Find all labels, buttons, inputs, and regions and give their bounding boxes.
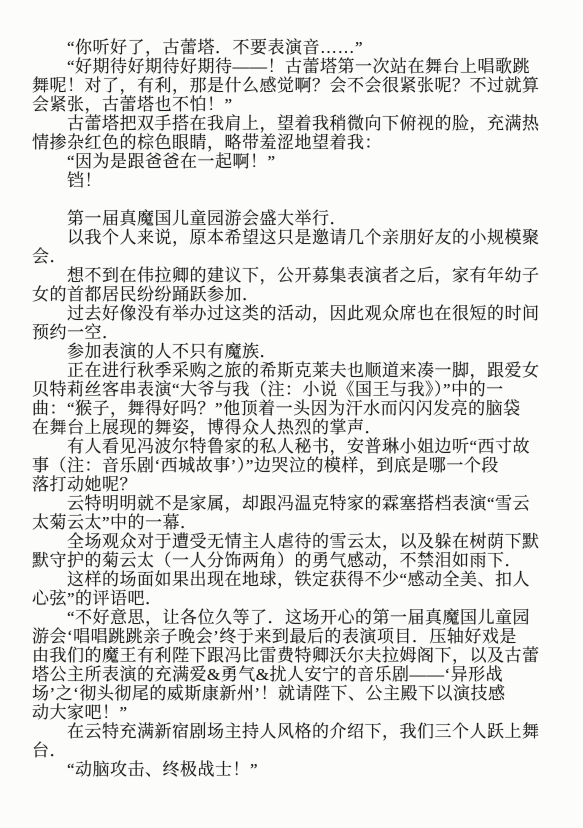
text-line: 有人看见冯波尔特鲁家的私人秘书，安普琳小姐边听“西寸故	[32, 437, 568, 456]
text-line: 台．	[32, 741, 568, 760]
text-line: 舞呢！对了，有利，那是什么感觉啊？会不会很紧张呢？不过就算	[32, 76, 568, 95]
text-line: 会．	[32, 247, 568, 266]
text-line: 古蕾塔把双手搭在我肩上，望着我稍微向下俯视的脸，充满热	[32, 114, 568, 133]
text-line: 以我个人来说，原本希望这只是邀请几个亲朋好友的小规模聚	[32, 228, 568, 247]
text-line: 动大家吧！”	[32, 703, 568, 722]
blank-line	[32, 190, 568, 209]
text-line: 心弦”的评语吧．	[32, 589, 568, 608]
text-line: 曲：“猴子，舞得好吗？”他顶着一头因为汗水而闪闪发亮的脑袋	[32, 399, 568, 418]
text-line: 塔公主所表演的充满爱&勇气&扰人安宁的音乐剧——‘异形战	[32, 665, 568, 684]
text-line: 想不到在伟拉卿的建议下，公开募集表演者之后，家有年幼子	[32, 266, 568, 285]
text-line: 在舞台上展现的舞姿，博得众人热烈的掌声．	[32, 418, 568, 437]
text-line: 参加表演的人不只有魔族．	[32, 342, 568, 361]
text-line: “好期待好期待好期待——！古蕾塔第一次站在舞台上唱歌跳	[32, 57, 568, 76]
text-line: 情掺杂红色的棕色眼睛，略带羞涩地望着我：	[32, 133, 568, 152]
text-line: 由我们的魔王有利陛下跟冯比雷费特卿沃尔夫拉姆阁下，以及古蕾	[32, 646, 568, 665]
text-line: “你听好了，古蕾塔．不要表演音……”	[32, 38, 568, 57]
text-line: 贝特莉丝客串表演“大爷与我（注：小说《国王与我》）”中的一	[32, 380, 568, 399]
scanned-page: “你听好了，古蕾塔．不要表演音……”“好期待好期待好期待——！古蕾塔第一次站在舞…	[0, 0, 583, 828]
text-line: “不好意思，让各位久等了．这场开心的第一届真魔国儿童园	[32, 608, 568, 627]
text-line: 正在进行秋季采购之旅的希斯克莱夫也顺道来凑一脚，跟爱女	[32, 361, 568, 380]
text-line: “因为是跟爸爸在一起啊！”	[32, 152, 568, 171]
text-line: 全场观众对于遭受无情主人虐待的雪云太，以及躲在树荫下默	[32, 532, 568, 551]
text-line: 游会‘唱唱跳跳亲子晚会’终于来到最后的表演项目．压轴好戏是	[32, 627, 568, 646]
text-line: 事（注：音乐剧‘西城故事’）”边哭泣的模样，到底是哪一个段	[32, 456, 568, 475]
text-line: 这样的场面如果出现在地球，铁定获得不少“感动全美、扣人	[32, 570, 568, 589]
text-body: “你听好了，古蕾塔．不要表演音……”“好期待好期待好期待——！古蕾塔第一次站在舞…	[32, 38, 568, 779]
text-line: 默守护的菊云太（一人分饰两角）的勇气感动，不禁泪如雨下．	[32, 551, 568, 570]
text-line: 云特明明就不是家属，却跟冯温克特家的霖塞搭档表演“雪云	[32, 494, 568, 513]
text-line: 会紧张，古蕾塔也不怕！”	[32, 95, 568, 114]
text-line: 太菊云太”中的一幕．	[32, 513, 568, 532]
text-line: 女的首都居民纷纷踊跃参加．	[32, 285, 568, 304]
text-line: 场’之‘彻头彻尾的威斯康新州’！就请陛下、公主殿下以演技感	[32, 684, 568, 703]
text-line: 铛！	[32, 171, 568, 190]
text-line: 落打动她呢？	[32, 475, 568, 494]
text-line: 在云特充满新宿剧场主持人风格的介绍下，我们三个人跃上舞	[32, 722, 568, 741]
text-line: “动脑攻击、终极战士！”	[32, 760, 568, 779]
text-line: 预约一空．	[32, 323, 568, 342]
text-line: 过去好像没有举办过这类的活动，因此观众席也在很短的时间	[32, 304, 568, 323]
text-line: 第一届真魔国儿童园游会盛大举行．	[32, 209, 568, 228]
